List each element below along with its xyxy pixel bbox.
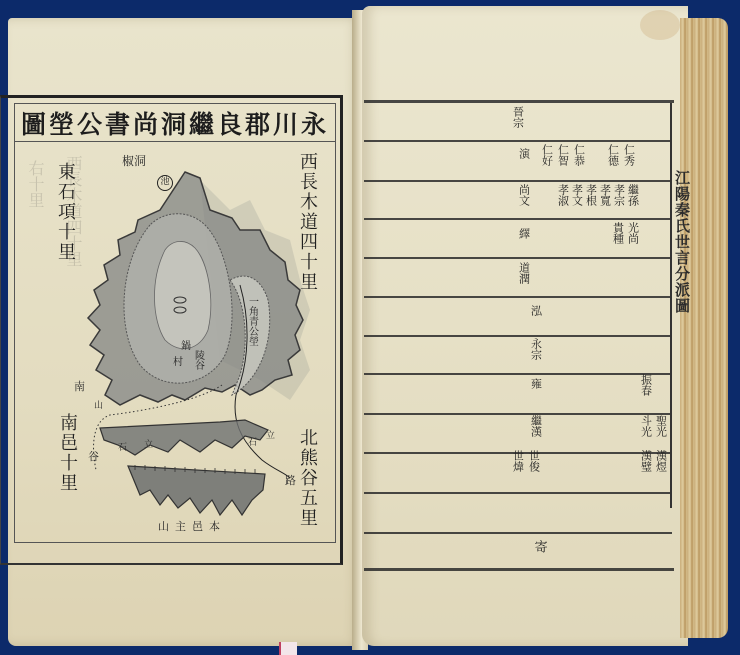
genealogy-name: 孝根 (585, 184, 597, 206)
genealogy-name: 繼漢 (530, 415, 542, 437)
road-label: 路 (285, 472, 296, 488)
pond-icon: 池 (157, 175, 173, 191)
table-rule (364, 218, 672, 220)
mountain-label: 山 (94, 398, 103, 411)
open-book: 永川郡良繼洞尚書公塋圖 西長木道四十里 右十里 椒洞 池 東石項十里 西長木道四… (0, 0, 740, 655)
genealogy-name: 聖光 (655, 415, 667, 437)
genealogy-name: 繼孫 (627, 184, 639, 206)
genealogy-name: 斗光 (640, 415, 652, 437)
genealogy-name: 孝宗 (613, 184, 625, 206)
genealogy-name: 仁秀 (623, 144, 635, 166)
table-rule (364, 373, 672, 375)
bottom-mountain-label: 本邑主山 (158, 518, 226, 534)
direction-east: 東石項十里 (56, 162, 74, 262)
stone-label: 石 (248, 435, 257, 448)
genealogy-name: 光尚 (627, 222, 639, 244)
genealogy-name: 繹 (518, 228, 530, 239)
genealogy-name: 振春 (640, 374, 652, 396)
ghost-label: 南 (74, 378, 85, 394)
genealogy-name: 世煒 (512, 450, 524, 472)
table-rule (364, 532, 672, 534)
genealogy-name: 世俊 (528, 450, 540, 472)
stand-label: 立 (266, 428, 275, 441)
genealogy-name: 孝文 (571, 184, 583, 206)
genealogy-name: 泓 (530, 305, 542, 316)
grave-note: 一角青公塋 (246, 296, 257, 346)
genealogy-name: 漢璧 (640, 450, 652, 472)
direction-south: 南邑十里 (58, 413, 76, 493)
table-rule (364, 180, 672, 182)
bookmark-tab[interactable] (279, 642, 297, 655)
genealogy-name: 演 (518, 148, 530, 159)
stand-label: 立 (144, 437, 153, 450)
chart-side-title: 江陽秦氏世言分派圖 (672, 170, 693, 314)
genealogy-name: 雍 (530, 378, 542, 389)
village-label: 陵谷 (192, 350, 203, 370)
genealogy-name: 晉宗 (512, 106, 524, 128)
table-rule (364, 413, 672, 415)
genealogy-name: 尚文 (518, 184, 530, 206)
genealogy-name: 仁好 (541, 144, 553, 166)
genealogy-name: 孝寬 (599, 184, 611, 206)
table-rule (364, 257, 672, 259)
table-rule (364, 335, 672, 337)
genealogy-name: 道潤 (518, 262, 530, 284)
genealogy-name: 漢煜 (655, 450, 667, 472)
stone-label: 石 (118, 440, 127, 453)
genealogy-name: 仁德 (607, 144, 619, 166)
genealogy-name: 仁恭 (573, 144, 585, 166)
genealogy-name: 孝淑 (557, 184, 569, 206)
genealogy-name: 仁智 (557, 144, 569, 166)
direction-north: 北熊谷五里 (298, 428, 316, 528)
village-label: 鍋 (178, 340, 189, 350)
water-stain (640, 10, 680, 40)
table-rule (364, 100, 674, 103)
table-rule (364, 492, 672, 494)
valley-label: 谷 (88, 448, 99, 464)
genealogy-name: 永宗 (530, 338, 542, 360)
table-rule (364, 140, 672, 142)
genealogy-name: 寄 (532, 540, 546, 553)
direction-west: 西長木道四十里 (298, 152, 316, 292)
genealogy-name: 貴種 (612, 222, 624, 244)
table-rule (364, 296, 672, 298)
label-top-village: 椒洞 (122, 152, 146, 169)
table-rule (364, 568, 674, 571)
village-label: 村 (170, 356, 181, 366)
page-edges (680, 18, 728, 638)
